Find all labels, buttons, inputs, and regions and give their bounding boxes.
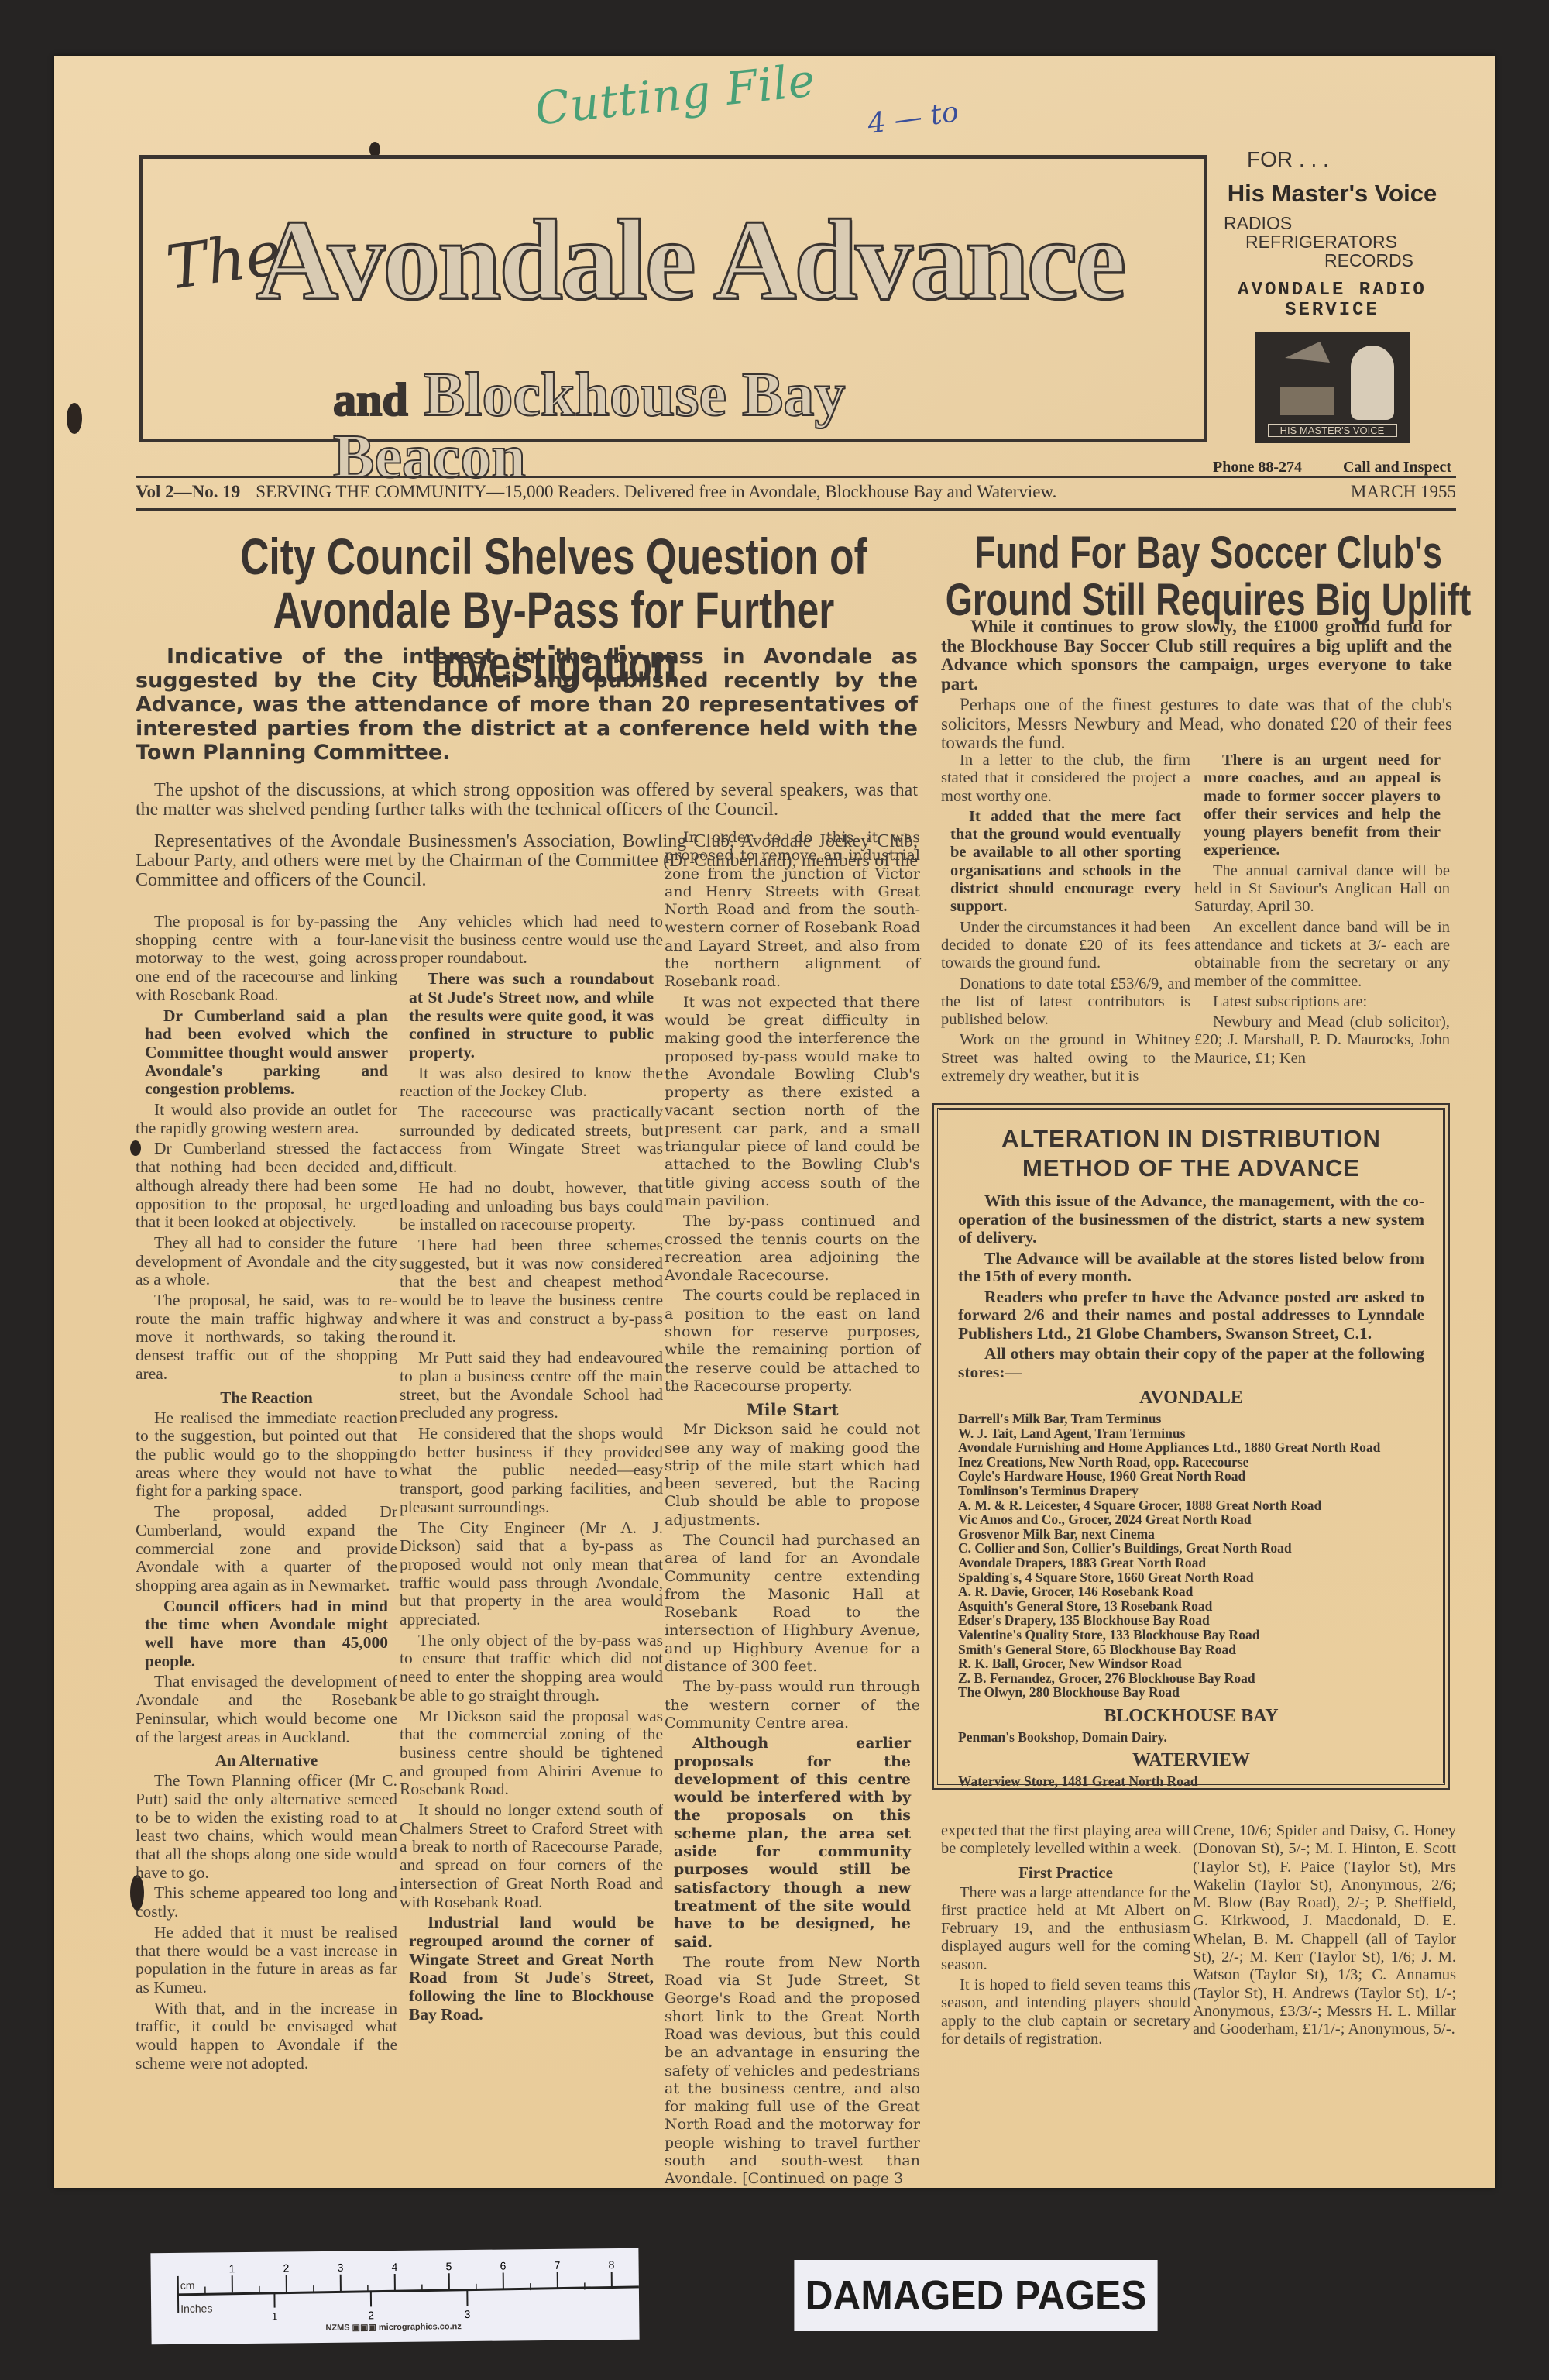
damaged-pages-label: DAMAGED PAGES — [794, 2260, 1157, 2331]
divider — [136, 476, 1456, 478]
notice-body: With this issue of the Advance, the mana… — [958, 1192, 1424, 1789]
store-listing: Coyle's Hardware House, 1960 Great North… — [958, 1469, 1424, 1484]
paragraph: Mr Dickson said the proposal was that th… — [400, 1708, 663, 1800]
store-listing: Vic Amos and Co., Grocer, 2024 Great Nor… — [958, 1512, 1424, 1527]
store-listing: Spalding's, 4 Square Store, 1660 Great N… — [958, 1570, 1424, 1585]
issue-date: MARCH 1955 — [1351, 482, 1456, 502]
notice-paragraph: The Advance will be available at the sto… — [958, 1250, 1424, 1286]
svg-text:6: 6 — [500, 2259, 507, 2272]
masthead-subtitle: and Blockhouse Bay Beacon — [333, 364, 1030, 488]
subheading: An Alternative — [136, 1751, 397, 1770]
paragraph: It was also desired to know the reaction… — [400, 1064, 663, 1101]
paragraph: The only object of the by-pass was to en… — [400, 1632, 663, 1705]
svg-text:1: 1 — [229, 2262, 235, 2275]
store-listing: Z. B. Fernandez, Grocer, 276 Blockhouse … — [958, 1671, 1424, 1686]
store-listing: Valentine's Quality Store, 133 Blockhous… — [958, 1628, 1424, 1642]
paragraph: It added that the mere fact that the gro… — [941, 808, 1190, 917]
paragraph: This scheme appeared too long and costly… — [136, 1884, 397, 1921]
paragraph: He had no doubt, however, that loading a… — [400, 1179, 663, 1234]
paragraph: An excellent dance band will be in atten… — [1194, 919, 1450, 991]
ad-phone: Phone 88-274 — [1213, 459, 1302, 476]
paragraph: Industrial land would be regrouped aroun… — [400, 1914, 663, 2024]
store-listing: Inez Creations, New North Road, opp. Rac… — [958, 1455, 1424, 1470]
bypass-column-1: The proposal is for by-passing the shopp… — [136, 913, 397, 2072]
dog-icon — [1351, 346, 1394, 420]
paragraph: The Council had purchased an area of lan… — [665, 1532, 920, 1676]
paragraph: With that, and in the increase in traffi… — [136, 2000, 397, 2073]
soccer-column-b: There is an urgent need for more coaches… — [1194, 751, 1450, 1068]
paragraph: Mr Dickson said he could not see any way… — [665, 1421, 920, 1529]
subheading: The Reaction — [136, 1388, 397, 1408]
paragraph: Perhaps one of the finest gestures to da… — [941, 696, 1452, 753]
ruler-cm-label: cm — [180, 2279, 195, 2292]
masthead-title: Avondale Advance — [256, 203, 1185, 318]
ad-brand: His Master's Voice — [1208, 180, 1456, 208]
area-heading: WATERVIEW — [958, 1750, 1424, 1771]
notice-title-line: METHOD OF THE ADVANCE — [958, 1154, 1424, 1183]
store-listing: Asquith's General Store, 13 Rosebank Roa… — [958, 1599, 1424, 1614]
hmv-dog-logo-icon: HIS MASTER'S VOICE — [1255, 332, 1410, 443]
ad-call: Call and Inspect — [1343, 459, 1451, 476]
store-listing: Darrell's Milk Bar, Tram Terminus — [958, 1412, 1424, 1426]
hmv-advert: FOR . . . His Master's Voice RADIOS REFR… — [1208, 147, 1456, 476]
ad-for: FOR . . . — [1208, 147, 1456, 172]
paragraph: The proposal, he said, was to re-route t… — [136, 1291, 397, 1384]
paragraph: Under the circumstances it had been deci… — [941, 919, 1190, 973]
paragraph: Any vehicles which had need to visit the… — [400, 913, 663, 968]
tear-mark — [67, 403, 82, 434]
ad-service: AVONDALE RADIO SERVICE — [1208, 280, 1456, 321]
paragraph: Although earlier proposals for the devel… — [665, 1735, 920, 1952]
gramophone-box-icon — [1280, 387, 1334, 415]
distribution-notice: ALTERATION IN DISTRIBUTION METHOD OF THE… — [937, 1108, 1445, 1785]
soccer-column-d: Crene, 10/6; Spider and Daisy, G. Honey … — [1193, 1822, 1456, 2039]
paragraph: The by-pass would run through the wester… — [665, 1678, 920, 1732]
subheading: Mile Start — [665, 1400, 920, 1419]
paragraph: In order to do this it was proposed to r… — [665, 829, 920, 992]
store-listing: Waterview Store, 1481 Great North Road — [958, 1774, 1424, 1789]
store-listing: Smith's General Store, 65 Blockhouse Bay… — [958, 1642, 1424, 1657]
notice-title: ALTERATION IN DISTRIBUTION METHOD OF THE… — [958, 1124, 1424, 1183]
store-listing: A. R. Davie, Grocer, 146 Rosebank Road — [958, 1584, 1424, 1599]
masthead-subtitle-text: Blockhouse Bay Beacon — [333, 361, 845, 491]
svg-text:2: 2 — [283, 2261, 290, 2274]
soccer-headline: Fund For Bay Soccer Club's Ground Still … — [936, 530, 1480, 624]
paragraph: He considered that the shops would do be… — [400, 1425, 663, 1517]
ad-service-line: AVONDALE RADIO — [1208, 280, 1456, 301]
scale-ruler-card: 12345678123 cm Inches NZMS ▣▣▣ micrograp… — [150, 2248, 639, 2345]
paragraph: While it continues to grow slowly, the £… — [941, 617, 1452, 693]
svg-text:3: 3 — [338, 2261, 344, 2274]
ad-service-line: SERVICE — [1208, 301, 1456, 321]
bypass-standfirst: Indicative of the interest in the by-pas… — [136, 645, 918, 765]
paragraph: The City Engineer (Mr A. J. Dickson) sai… — [400, 1519, 663, 1629]
ruler-inch-label: Inches — [180, 2302, 212, 2314]
volume-number: Vol 2—No. 19 — [136, 482, 240, 501]
paragraph: The racecourse was practically surrounde… — [400, 1103, 663, 1177]
area-heading: BLOCKHOUSE BAY — [958, 1706, 1424, 1727]
paragraph: It is hoped to field seven teams this se… — [941, 1976, 1190, 2048]
svg-text:1: 1 — [272, 2310, 278, 2323]
paragraph: Council officers had in mind the time wh… — [136, 1598, 397, 1671]
paragraph: He realised the immediate reaction to th… — [136, 1409, 397, 1501]
paragraph: The by-pass continued and crossed the te… — [665, 1212, 920, 1285]
store-listing: C. Collier and Son, Collier's Buildings,… — [958, 1541, 1424, 1556]
store-listing: W. J. Tait, Land Agent, Tram Terminus — [958, 1426, 1424, 1441]
paragraph: The courts could be replaced in a positi… — [665, 1287, 920, 1395]
store-listing: R. K. Ball, Grocer, New Windsor Road — [958, 1656, 1424, 1671]
svg-text:5: 5 — [446, 2260, 452, 2272]
paragraph: The annual carnival dance will be held i… — [1194, 862, 1450, 917]
paragraph: They all had to consider the future deve… — [136, 1234, 397, 1289]
store-listing: Tomlinson's Terminus Drapery — [958, 1484, 1424, 1498]
store-listing: Avondale Drapers, 1883 Great North Road — [958, 1556, 1424, 1570]
paragraph: Crene, 10/6; Spider and Daisy, G. Honey … — [1193, 1822, 1456, 2039]
paragraph: There had been three schemes suggested, … — [400, 1236, 663, 1346]
soccer-column-c: expected that the first playing area wil… — [941, 1822, 1190, 2048]
store-listing: Avondale Furnishing and Home Appliances … — [958, 1440, 1424, 1455]
soccer-lead: While it continues to grow slowly, the £… — [941, 617, 1452, 753]
store-listing: Edser's Drapery, 135 Blockhouse Bay Road — [958, 1613, 1424, 1628]
dateline: Vol 2—No. 19SERVING THE COMMUNITY—15,000… — [136, 482, 1456, 502]
store-listing: Penman's Bookshop, Domain Dairy. — [958, 1730, 1424, 1745]
bypass-column-3: In order to do this it was proposed to r… — [665, 829, 920, 2189]
svg-text:3: 3 — [465, 2308, 471, 2320]
gramophone-horn-icon — [1285, 342, 1330, 379]
store-listing: The Olwyn, 280 Blockhouse Bay Road — [958, 1685, 1424, 1700]
ad-item: REFRIGERATORS — [1208, 232, 1456, 251]
store-listing: Grosvenor Milk Bar, next Cinema — [958, 1527, 1424, 1542]
paragraph: Latest subscriptions are:— — [1194, 993, 1450, 1011]
svg-text:8: 8 — [609, 2258, 615, 2271]
ruler-brand: NZMS ▣▣▣ micrographics.co.nz — [325, 2321, 462, 2333]
paragraph: The proposal, added Dr Cumberland, would… — [136, 1503, 397, 1595]
paragraph: The Town Planning officer (Mr C. Putt) s… — [136, 1772, 397, 1882]
paragraph: Work on the ground in Whitney Street was… — [941, 1031, 1190, 1085]
paragraph: Donations to date total £53/6/9, and the… — [941, 975, 1190, 1030]
paragraph: That envisaged the development of Avonda… — [136, 1673, 397, 1746]
notice-paragraph: With this issue of the Advance, the mana… — [958, 1192, 1424, 1247]
masthead-and: and — [333, 374, 408, 425]
soccer-column-a: In a letter to the club, the firm stated… — [941, 751, 1190, 1085]
svg-text:4: 4 — [392, 2261, 398, 2273]
paragraph: There was a large attendance for the fir… — [941, 1884, 1190, 1974]
ad-items: RADIOS REFRIGERATORS RECORDS — [1208, 214, 1456, 270]
paragraph: The route from New North Road via St Jud… — [665, 1954, 920, 2189]
ad-item: RECORDS — [1208, 251, 1456, 270]
paragraph: There was such a roundabout at St Jude's… — [400, 970, 663, 1062]
paragraph: In a letter to the club, the firm stated… — [941, 751, 1190, 806]
ad-contact: Phone 88-274 Call and Inspect — [1208, 459, 1456, 476]
paragraph: It should no longer extend south of Chal… — [400, 1801, 663, 1911]
paragraph: Dr Cumberland said a plan had been evolv… — [136, 1007, 397, 1099]
svg-text:7: 7 — [555, 2259, 561, 2272]
paragraph: He added that it must be realised that t… — [136, 1924, 397, 1997]
paragraph: It would also provide an outlet for the … — [136, 1101, 397, 1137]
logo-caption: HIS MASTER'S VOICE — [1268, 424, 1397, 437]
paragraph: Dr Cumberland stressed the fact that not… — [136, 1140, 397, 1232]
store-listing: A. M. & R. Leicester, 4 Square Grocer, 1… — [958, 1498, 1424, 1513]
paragraph: There is an urgent need for more coaches… — [1194, 751, 1450, 860]
bypass-column-2: Any vehicles which had need to visit the… — [400, 913, 663, 2024]
subheading: First Practice — [941, 1863, 1190, 1883]
paragraph: Mr Putt said they had endeavoured to pla… — [400, 1349, 663, 1422]
paragraph: The upshot of the discussions, at which … — [136, 781, 918, 820]
notice-paragraph: Readers who prefer to have the Advance p… — [958, 1288, 1424, 1343]
area-heading: AVONDALE — [958, 1388, 1424, 1408]
svg-text:2: 2 — [368, 2309, 374, 2321]
paragraph: expected that the first playing area wil… — [941, 1822, 1190, 1859]
divider — [136, 508, 1456, 511]
paragraph: The proposal is for by-passing the shopp… — [136, 913, 397, 1005]
notice-title-line: ALTERATION IN DISTRIBUTION — [958, 1124, 1424, 1154]
ad-item: RADIOS — [1208, 214, 1456, 232]
paragraph: Newbury and Mead (club solicitor), £20; … — [1194, 1013, 1450, 1068]
notice-paragraph: All others may obtain their copy of the … — [958, 1345, 1424, 1381]
tagline: SERVING THE COMMUNITY—15,000 Readers. De… — [256, 482, 1056, 501]
paragraph: It was not expected that there would be … — [665, 994, 920, 1211]
